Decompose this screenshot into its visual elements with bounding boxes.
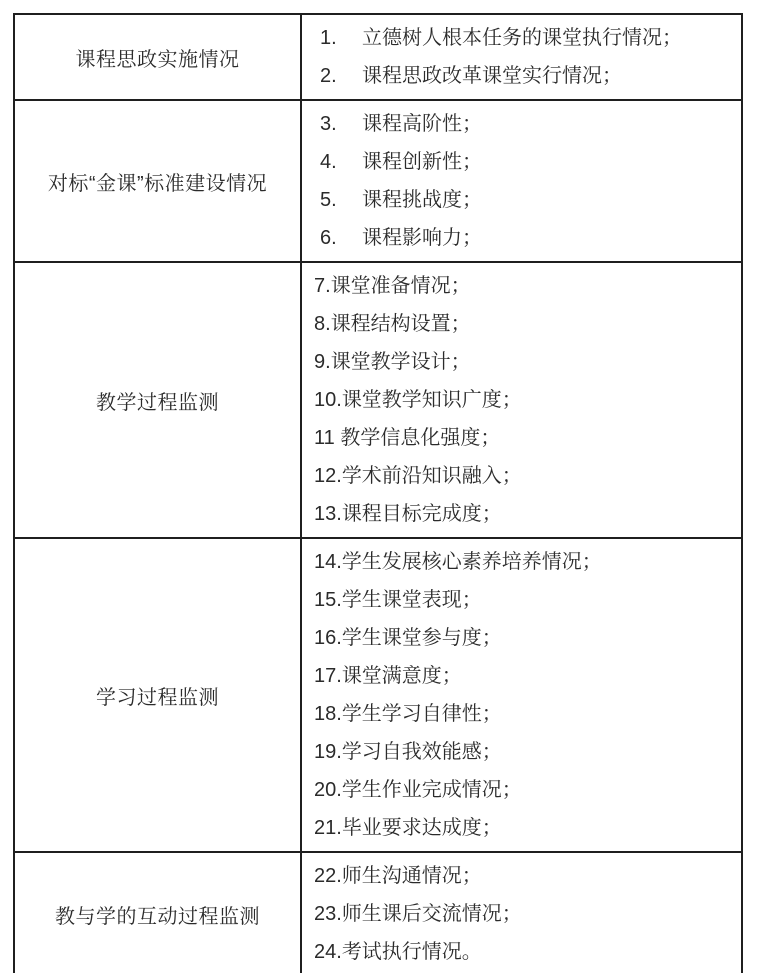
item-number: 6. [320, 219, 362, 257]
items-cell: 7.课堂准备情况；8.课程结构设置；9.课堂教学设计；10.课堂教学知识广度；1… [301, 262, 742, 538]
item-text: 课程思政改革课堂实行情况； [362, 65, 622, 87]
evaluation-table-body: 课程思政实施情况1.立德树人根本任务的课堂执行情况；2.课程思政改革课堂实行情况… [14, 14, 742, 973]
list-item: 9.课堂教学设计； [314, 343, 731, 381]
items-cell: 22.师生沟通情况；23.师生课后交流情况；24.考试执行情况。 [301, 852, 742, 973]
item-text: 学生作业完成情况； [342, 779, 522, 801]
item-text: 课堂教学设计； [331, 351, 471, 373]
item-text: 师生沟通情况； [342, 865, 482, 887]
item-number: 11 [314, 427, 335, 449]
item-text: 毕业要求达成度； [342, 817, 502, 839]
item-number: 16. [314, 627, 342, 649]
table-row: 对标“金课”标准建设情况3.课程高阶性；4.课程创新性；5.课程挑战度；6.课程… [14, 100, 742, 262]
item-number: 4. [320, 143, 362, 181]
list-item: 17.课堂满意度； [314, 657, 731, 695]
list-item: 6.课程影响力； [320, 219, 731, 257]
list-item: 14.学生发展核心素养培养情况； [314, 543, 731, 581]
list-item: 8.课程结构设置； [314, 305, 731, 343]
table-row: 学习过程监测14.学生发展核心素养培养情况；15.学生课堂表现；16.学生课堂参… [14, 538, 742, 852]
item-number: 15. [314, 589, 342, 611]
list-item: 10.课堂教学知识广度； [314, 381, 731, 419]
item-number: 2. [320, 57, 362, 95]
list-item: 5.课程挑战度； [320, 181, 731, 219]
item-number: 22. [314, 865, 342, 887]
item-text: 考试执行情况。 [342, 941, 482, 963]
item-text: 课程挑战度； [362, 189, 482, 211]
evaluation-table: 课程思政实施情况1.立德树人根本任务的课堂执行情况；2.课程思政改革课堂实行情况… [13, 13, 743, 973]
item-number: 7. [314, 275, 331, 297]
list-item: 11 教学信息化强度； [314, 419, 731, 457]
list-item: 2.课程思政改革课堂实行情况； [320, 57, 731, 95]
items-cell: 3.课程高阶性；4.课程创新性；5.课程挑战度；6.课程影响力； [301, 100, 742, 262]
item-number: 1. [320, 19, 362, 57]
list-item: 22.师生沟通情况； [314, 857, 731, 895]
item-number: 5. [320, 181, 362, 219]
list-item: 23.师生课后交流情况； [314, 895, 731, 933]
item-number: 24. [314, 941, 342, 963]
item-text: 学生课堂参与度； [342, 627, 502, 649]
item-text: 学术前沿知识融入； [342, 465, 522, 487]
category-cell: 教与学的互动过程监测 [14, 852, 301, 973]
item-number: 8. [314, 313, 331, 335]
item-text: 学生发展核心素养培养情况； [342, 551, 602, 573]
item-number: 12. [314, 465, 342, 487]
list-item: 3.课程高阶性； [320, 105, 731, 143]
list-item: 16.学生课堂参与度； [314, 619, 731, 657]
list-item: 18.学生学习自律性； [314, 695, 731, 733]
items-cell: 14.学生发展核心素养培养情况；15.学生课堂表现；16.学生课堂参与度；17.… [301, 538, 742, 852]
item-text: 课堂满意度； [342, 665, 462, 687]
item-number: 9. [314, 351, 331, 373]
category-cell: 学习过程监测 [14, 538, 301, 852]
item-text: 课程目标完成度； [342, 503, 502, 525]
table-row: 教学过程监测7.课堂准备情况；8.课程结构设置；9.课堂教学设计；10.课堂教学… [14, 262, 742, 538]
item-number: 14. [314, 551, 342, 573]
item-text: 课程影响力； [362, 227, 482, 249]
list-item: 12.学术前沿知识融入； [314, 457, 731, 495]
list-item: 13.课程目标完成度； [314, 495, 731, 533]
list-item: 15.学生课堂表现； [314, 581, 731, 619]
list-item: 1.立德树人根本任务的课堂执行情况； [320, 19, 731, 57]
item-text: 学生学习自律性； [342, 703, 502, 725]
item-text: 课程高阶性； [362, 113, 482, 135]
category-cell: 课程思政实施情况 [14, 14, 301, 100]
item-number: 21. [314, 817, 342, 839]
item-text: 课堂教学知识广度； [342, 389, 522, 411]
document-page: 课程思政实施情况1.立德树人根本任务的课堂执行情况；2.课程思政改革课堂实行情况… [0, 0, 759, 973]
item-number: 20. [314, 779, 342, 801]
list-item: 7.课堂准备情况； [314, 267, 731, 305]
list-item: 24.考试执行情况。 [314, 933, 731, 971]
item-number: 23. [314, 903, 342, 925]
list-item: 19.学习自我效能感； [314, 733, 731, 771]
item-number: 17. [314, 665, 342, 687]
item-text: 学生课堂表现； [342, 589, 482, 611]
category-cell: 教学过程监测 [14, 262, 301, 538]
item-text: 教学信息化强度； [335, 427, 501, 449]
item-text: 课程创新性； [362, 151, 482, 173]
item-text: 师生课后交流情况； [342, 903, 522, 925]
item-text: 课程结构设置； [331, 313, 471, 335]
list-item: 4.课程创新性； [320, 143, 731, 181]
items-cell: 1.立德树人根本任务的课堂执行情况；2.课程思政改革课堂实行情况； [301, 14, 742, 100]
item-number: 18. [314, 703, 342, 725]
list-item: 21.毕业要求达成度； [314, 809, 731, 847]
item-number: 3. [320, 105, 362, 143]
item-text: 立德树人根本任务的课堂执行情况； [362, 27, 682, 49]
item-text: 学习自我效能感； [342, 741, 502, 763]
item-text: 课堂准备情况； [331, 275, 471, 297]
table-row: 课程思政实施情况1.立德树人根本任务的课堂执行情况；2.课程思政改革课堂实行情况… [14, 14, 742, 100]
item-number: 10. [314, 389, 342, 411]
table-row: 教与学的互动过程监测22.师生沟通情况；23.师生课后交流情况；24.考试执行情… [14, 852, 742, 973]
list-item: 20.学生作业完成情况； [314, 771, 731, 809]
item-number: 19. [314, 741, 342, 763]
item-number: 13. [314, 503, 342, 525]
category-cell: 对标“金课”标准建设情况 [14, 100, 301, 262]
